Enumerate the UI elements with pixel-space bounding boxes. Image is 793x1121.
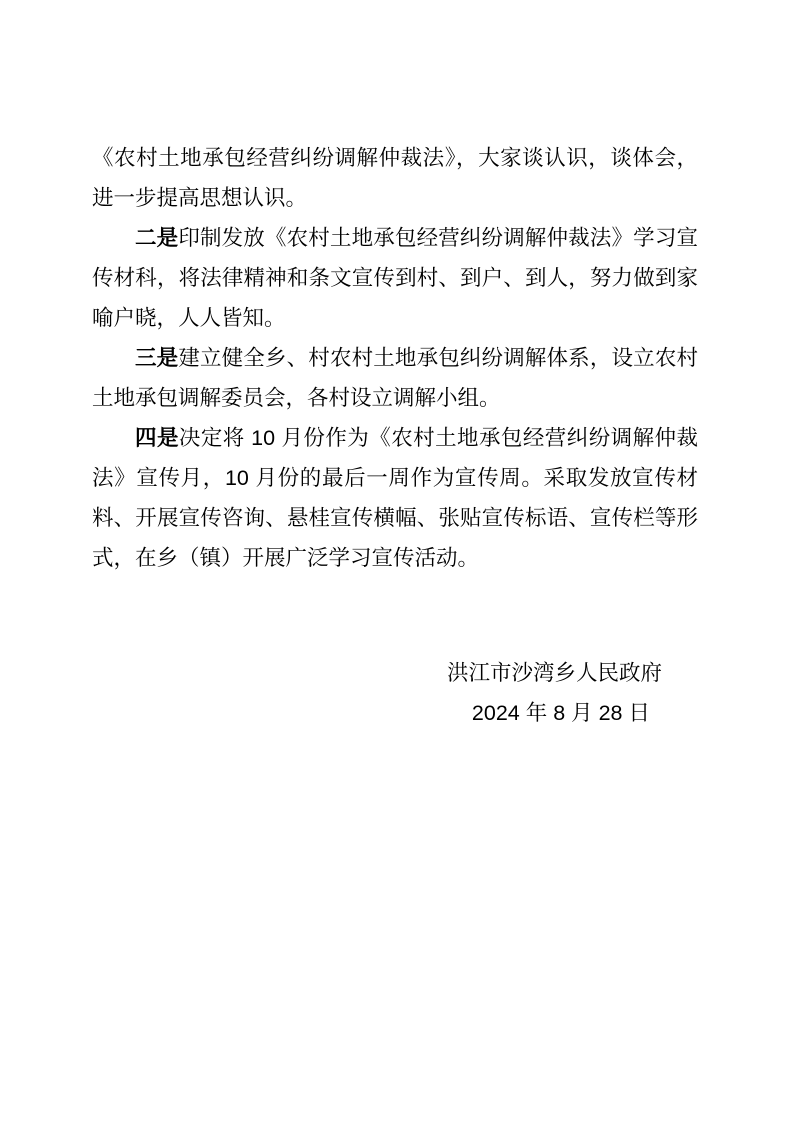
paragraph-bold-prefix: 二是 — [135, 226, 178, 250]
paragraph-bold-prefix: 三是 — [135, 346, 178, 370]
paragraph-bold-prefix: 四是 — [135, 426, 179, 450]
paragraph-text: 决定将 10 月份作为《农村土地承包经营纠纷调解仲裁法》宣传月，10 月份的最后… — [92, 426, 698, 570]
paragraph-text: 印制发放《农村土地承包经营纠纷调解仲裁法》学习宣传材科，将法律精神和条文宣传到村… — [92, 226, 698, 330]
body-paragraph: 四是决定将 10 月份作为《农村土地承包经营纠纷调解仲裁法》宣传月，10 月份的… — [92, 418, 698, 578]
signature-date: 2024 年 8 月 28 日 — [92, 693, 698, 733]
paragraph-text: 《农村土地承包经营纠纷调解仲裁法》，大家谈认识，谈体会，进一步提高思想认识。 — [92, 146, 698, 210]
body-paragraph: 三是建立健全乡、村农村土地承包纠纷调解体系，设立农村土地承包调解委员会，各村设立… — [92, 338, 698, 418]
signature-issuer: 洪江市沙湾乡人民政府 — [92, 653, 698, 693]
signature-block: 洪江市沙湾乡人民政府 2024 年 8 月 28 日 — [92, 653, 698, 733]
body-paragraph: 二是印制发放《农村土地承包经营纠纷调解仲裁法》学习宣传材科，将法律精神和条文宣传… — [92, 218, 698, 338]
paragraph-text: 建立健全乡、村农村土地承包纠纷调解体系，设立农村土地承包调解委员会，各村设立调解… — [92, 346, 698, 410]
body-paragraph: 《农村土地承包经营纠纷调解仲裁法》，大家谈认识，谈体会，进一步提高思想认识。 — [92, 138, 698, 218]
document-body: 《农村土地承包经营纠纷调解仲裁法》，大家谈认识，谈体会，进一步提高思想认识。 二… — [92, 138, 698, 733]
document-page: 《农村土地承包经营纠纷调解仲裁法》，大家谈认识，谈体会，进一步提高思想认识。 二… — [0, 0, 793, 1121]
